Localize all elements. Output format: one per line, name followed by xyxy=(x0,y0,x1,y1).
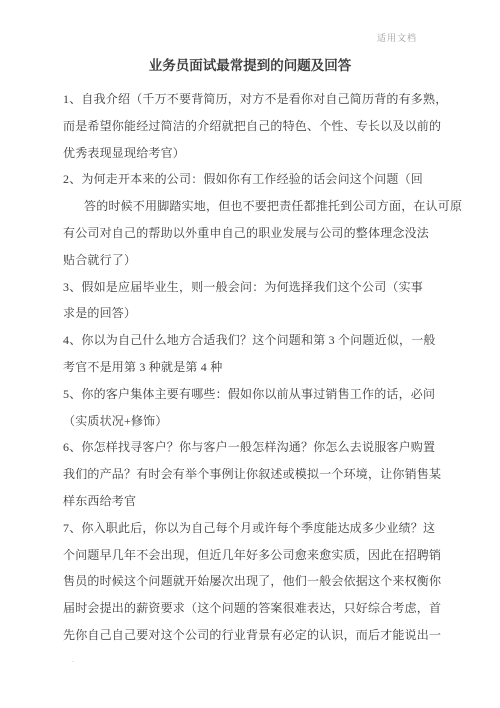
document-line: 4、你以为自己什么地方合适我们？这个问题和第 3 个问题近似，一般 xyxy=(63,327,445,354)
document-line: 3、假如是应届毕业生，则一般会问：为何选择我们这个公司（实事 xyxy=(63,274,445,301)
document-line: 有公司对自己的帮助以外重申自己的职业发展与公司的整体理念没法 xyxy=(63,220,445,247)
footer-mark: . xyxy=(72,655,74,664)
page-title: 业务员面试最常提到的问题及回答 xyxy=(0,56,500,76)
document-line: 答的时候不用脚踏实地，但也不要把责任都推托到公司方面，在认可原 xyxy=(63,193,445,220)
document-line: 6、你怎样找寻客户？你与客户一般怎样沟通？你怎么去说服客户购置 xyxy=(63,434,445,461)
document-line: 我们的产品？有时会有举个事例让你叙述或模拟一个环境，让你销售某 xyxy=(63,461,445,488)
watermark-label: 适用文档 xyxy=(377,31,417,44)
document-line: 1、自我介绍（千万不要背简历，对方不是看你对自己简历背的有多熟， xyxy=(63,86,445,113)
document-line: 届时会提出的薪资要求（这个问题的答案很难表达，只好综合考虑，首 xyxy=(63,595,445,622)
document-line: （实质状况+修饰） xyxy=(63,408,445,435)
document-line: 求是的回答） xyxy=(63,300,445,327)
document-line: 先你自己自己要对这个公司的行业背景有必定的认识，而后才能说出一 xyxy=(63,622,445,649)
document-line: 而是希望你能经过简洁的介绍就把自己的特色、个性、专长以及以前的 xyxy=(63,113,445,140)
document-line: 个问题早几年不会出现，但近几年好多公司愈来愈实质，因此在招聘销 xyxy=(63,542,445,569)
document-line: 贴合就行了） xyxy=(63,247,445,274)
document-body: 1、自我介绍（千万不要背简历，对方不是看你对自己简历背的有多熟， 而是希望你能经… xyxy=(0,86,500,649)
document-line: 考官不是用第 3 种就是第 4 种 xyxy=(63,354,445,381)
document-line: 优秀表现显现给考官） xyxy=(63,140,445,167)
document-line: 售员的时候这个问题就开始屡次出现了，他们一般会依据这个来权衡你 xyxy=(63,568,445,595)
document-line: 2、为何走开本来的公司：假如你有工作经验的话会问这个问题（回 xyxy=(63,166,445,193)
document-line: 7、你入职此后，你以为自己每个月或许每个季度能达成多少业绩？这 xyxy=(63,515,445,542)
document-line: 5、你的客户集体主要有哪些：假如你以前从事过销售工作的话，必问 xyxy=(63,381,445,408)
document-page: 适用文档 业务员面试最常提到的问题及回答 1、自我介绍（千万不要背简历，对方不是… xyxy=(0,0,500,708)
document-line: 样东西给考官 xyxy=(63,488,445,515)
